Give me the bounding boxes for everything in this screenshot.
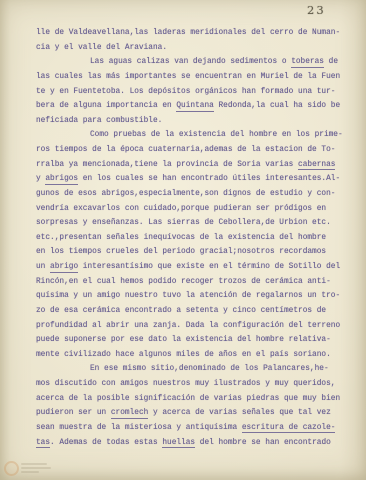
underlined-text: Quintana xyxy=(176,102,213,112)
page-number: 23 xyxy=(307,3,326,17)
text-segment: neficiada para combustible. xyxy=(36,117,162,125)
text-segment: Las aguas calizas van dejando sedimentos… xyxy=(90,58,291,66)
text-line: vendría excavarlos con cuidado,porque pu… xyxy=(36,202,354,217)
stamp-text-line xyxy=(21,471,39,473)
text-line: ros tiempos de la época cuaternaria,adem… xyxy=(36,143,354,158)
text-line: y abrigos en los cuales se han encontrad… xyxy=(36,172,354,187)
underlined-text: cabernas xyxy=(298,161,335,171)
stamp-text-line xyxy=(21,463,47,465)
text-line: pudieron ser un cromlech y acerca de var… xyxy=(36,406,354,421)
text-segment: un xyxy=(36,263,50,271)
text-segment: sean muestra de la misteriosa y antiquís… xyxy=(36,424,242,432)
text-segment: y xyxy=(36,175,45,183)
text-segment: cia y el valle del Araviana. xyxy=(36,44,167,52)
text-line: etc.,presentan señales inequívocas de la… xyxy=(36,231,354,246)
text-segment: Como pruebas de la existencia del hombre… xyxy=(90,131,343,139)
text-line: sorpresas y enseñanzas. Las sierras de C… xyxy=(36,216,354,231)
text-segment: ros tiempos de la época cuaternaria,adem… xyxy=(36,146,335,154)
text-segment: etc.,presentan señales inequívocas de la… xyxy=(36,234,326,242)
text-segment: y acerca de varias señales que tal vez xyxy=(148,409,330,417)
text-segment: acerca de la posible significación de va… xyxy=(36,395,340,403)
text-segment: Rincón,en el cual hemos podido recoger t… xyxy=(36,278,331,286)
text-segment: bera de alguna importancia en xyxy=(36,102,176,110)
text-segment: sorpresas y enseñanzas. Las sierras de C… xyxy=(36,219,331,227)
typewritten-text: lle de Valdeavellana,las laderas meridio… xyxy=(36,26,354,450)
text-segment: Redonda,la cual ha sido be xyxy=(214,102,340,110)
text-segment: mos discutido con amigos nuestros muy il… xyxy=(36,380,335,388)
text-segment: zo de esa cerámica encontrado a setenta … xyxy=(36,307,326,315)
text-line: rralba ya mencionada,tiene la provincia … xyxy=(36,158,354,173)
text-segment: de xyxy=(324,58,338,66)
text-line: lle de Valdeavellana,las laderas meridio… xyxy=(36,26,354,41)
text-line: acerca de la posible significación de va… xyxy=(36,392,354,407)
text-segment: del hombre se han encontrado xyxy=(195,439,331,447)
text-segment: en los cuales se han encontrado útiles i… xyxy=(78,175,340,183)
underlined-text: tas xyxy=(36,439,50,449)
text-segment: . Ademas de todas estas xyxy=(50,439,162,447)
text-line: bera de alguna importancia en Quintana R… xyxy=(36,99,354,114)
text-line: mente civilizado hace algunos miles de a… xyxy=(36,348,354,363)
text-line: zo de esa cerámica encontrado a setenta … xyxy=(36,304,354,319)
scanned-document-page: 23 lle de Valdeavellana,las laderas meri… xyxy=(0,0,366,480)
text-segment: en los tiempos crueles del periodo graci… xyxy=(36,248,326,256)
underlined-text: escritura de cazole- xyxy=(242,424,336,434)
text-line: sean muestra de la misteriosa y antiquís… xyxy=(36,421,354,436)
text-segment: lle de Valdeavellana,las laderas meridio… xyxy=(36,29,340,37)
text-line: gunos de esos abrigos,especialmente,son … xyxy=(36,187,354,202)
text-line: te y en Fuentetoba. Los depósitos orgáni… xyxy=(36,85,354,100)
text-segment: profundidad al abrir una zanja. Dada la … xyxy=(36,322,340,330)
text-line: profundidad al abrir una zanja. Dada la … xyxy=(36,319,354,334)
text-segment: puede suponerse por ese dato la existenc… xyxy=(36,336,331,344)
text-line: cia y el valle del Araviana. xyxy=(36,41,354,56)
library-stamp xyxy=(2,459,62,477)
text-line: En ese mismo sitio,denominado de los Pal… xyxy=(36,362,354,377)
text-line: en los tiempos crueles del periodo graci… xyxy=(36,245,354,260)
text-line: neficiada para combustible. xyxy=(36,114,354,129)
text-line: mos discutido con amigos nuestros muy il… xyxy=(36,377,354,392)
underlined-text: abrigo xyxy=(50,263,78,273)
stamp-text-line xyxy=(21,467,51,469)
underlined-text: huellas xyxy=(162,439,195,449)
text-line: puede suponerse por ese dato la existenc… xyxy=(36,333,354,348)
underlined-text: abrigos xyxy=(45,175,78,185)
text-segment: las cuales las más importantes se encuen… xyxy=(36,73,340,81)
text-segment: interesantísimo que existe en el término… xyxy=(78,263,340,271)
text-line: quísima y un amigo nuestro tuvo la atenc… xyxy=(36,289,354,304)
underlined-text: toberas xyxy=(291,58,324,68)
text-segment: mente civilizado hace algunos miles de a… xyxy=(36,351,331,359)
text-line: tas. Ademas de todas estas huellas del h… xyxy=(36,436,354,451)
text-line: Como pruebas de la existencia del hombre… xyxy=(36,128,354,143)
text-line: las cuales las más importantes se encuen… xyxy=(36,70,354,85)
text-segment: quísima y un amigo nuestro tuvo la atenc… xyxy=(36,292,340,300)
text-line: Rincón,en el cual hemos podido recoger t… xyxy=(36,275,354,290)
underlined-text: cromlech xyxy=(111,409,148,419)
text-segment: rralba ya mencionada,tiene la provincia … xyxy=(36,161,298,169)
text-line: Las aguas calizas van dejando sedimentos… xyxy=(36,55,354,70)
text-segment: vendría excavarlos con cuidado,porque pu… xyxy=(36,205,326,213)
text-line: un abrigo interesantísimo que existe en … xyxy=(36,260,354,275)
stamp-icon xyxy=(4,461,19,476)
text-segment: En ese mismo sitio,denominado de los Pal… xyxy=(90,365,329,373)
text-segment: te y en Fuentetoba. Los depósitos orgáni… xyxy=(36,88,335,96)
text-segment: pudieron ser un xyxy=(36,409,111,417)
text-segment: gunos de esos abrigos,especialmente,son … xyxy=(36,190,335,198)
